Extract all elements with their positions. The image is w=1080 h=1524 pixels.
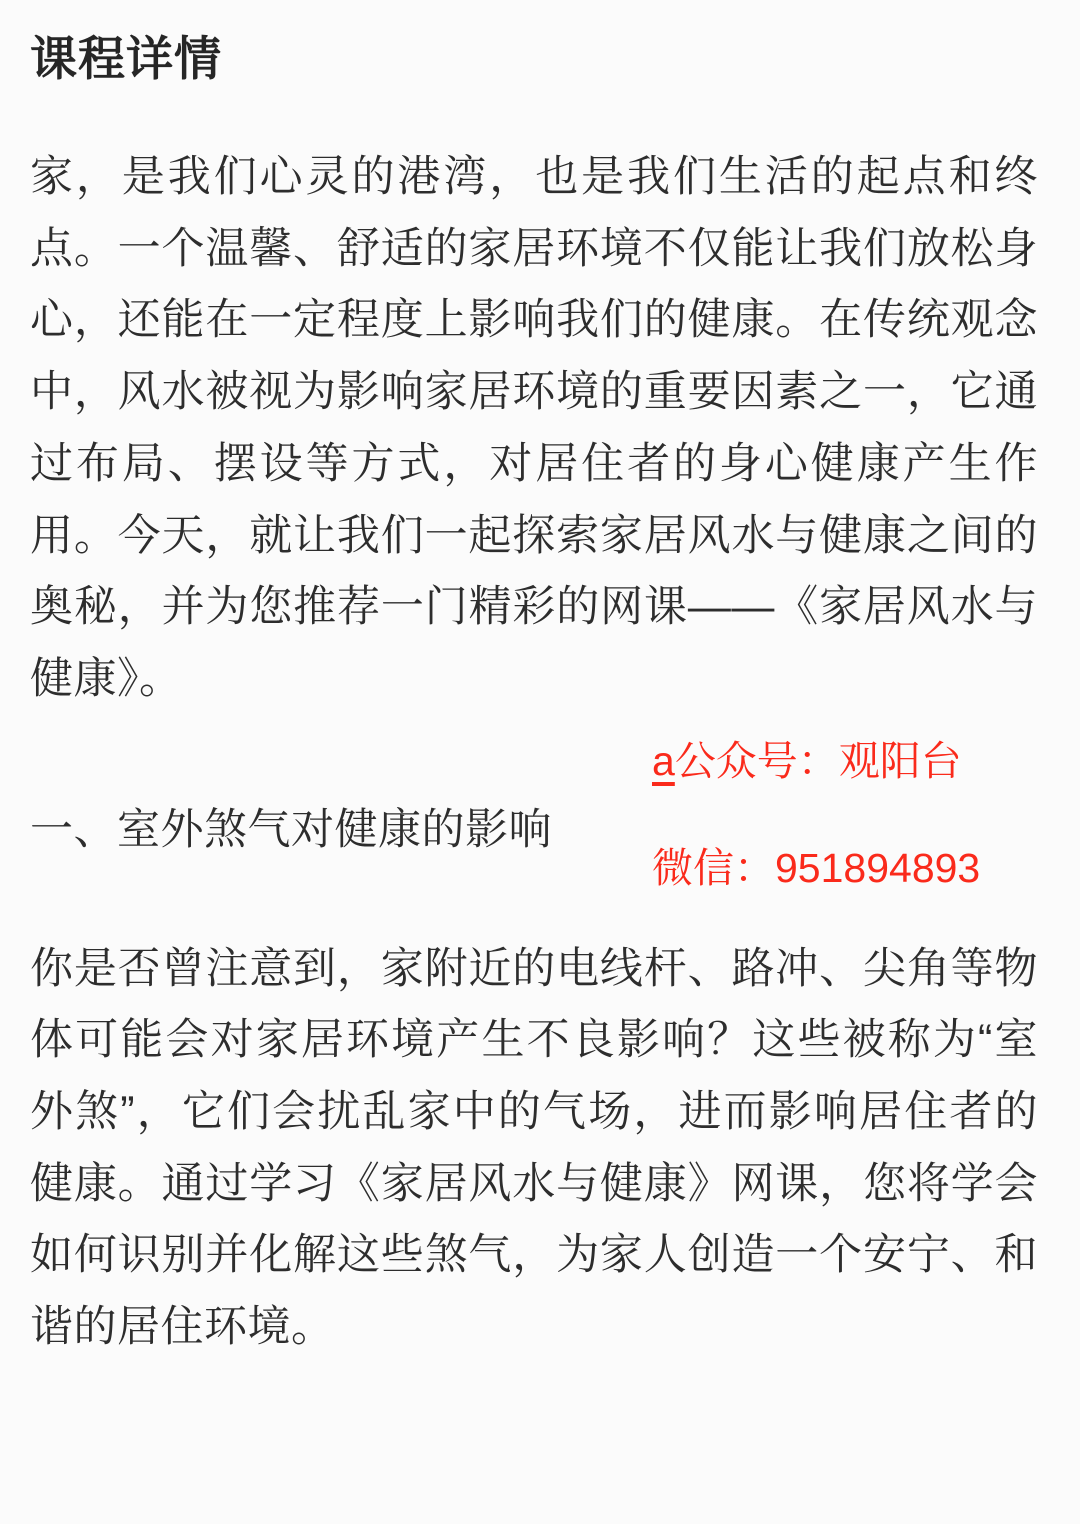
watermark-wechat-number: 951894893 <box>775 845 980 891</box>
watermark: a公众号：观阳台 微信：951894893 <box>652 736 980 893</box>
watermark-wechat-label: 微信： <box>652 845 775 891</box>
intro-paragraph: 家，是我们心灵的港湾，也是我们生活的起点和终点。一个温馨、舒适的家居环境不仅能让… <box>30 142 1038 716</box>
watermark-prefix: a <box>652 738 675 784</box>
detail-paragraph: 你是否曾注意到，家附近的电线杆、路冲、尖角等物体可能会对家居环境产生不良影响？这… <box>30 934 1038 1364</box>
watermark-account-name: 观阳台 <box>839 738 962 784</box>
page-title: 课程详情 <box>30 28 1038 90</box>
watermark-account-line: a公众号：观阳台 <box>652 736 980 786</box>
course-detail-page: 课程详情 家，是我们心灵的港湾，也是我们生活的起点和终点。一个温馨、舒适的家居环… <box>0 0 1080 1524</box>
watermark-wechat-line: 微信：951894893 <box>652 843 980 893</box>
watermark-account-label: 公众号： <box>675 738 839 784</box>
